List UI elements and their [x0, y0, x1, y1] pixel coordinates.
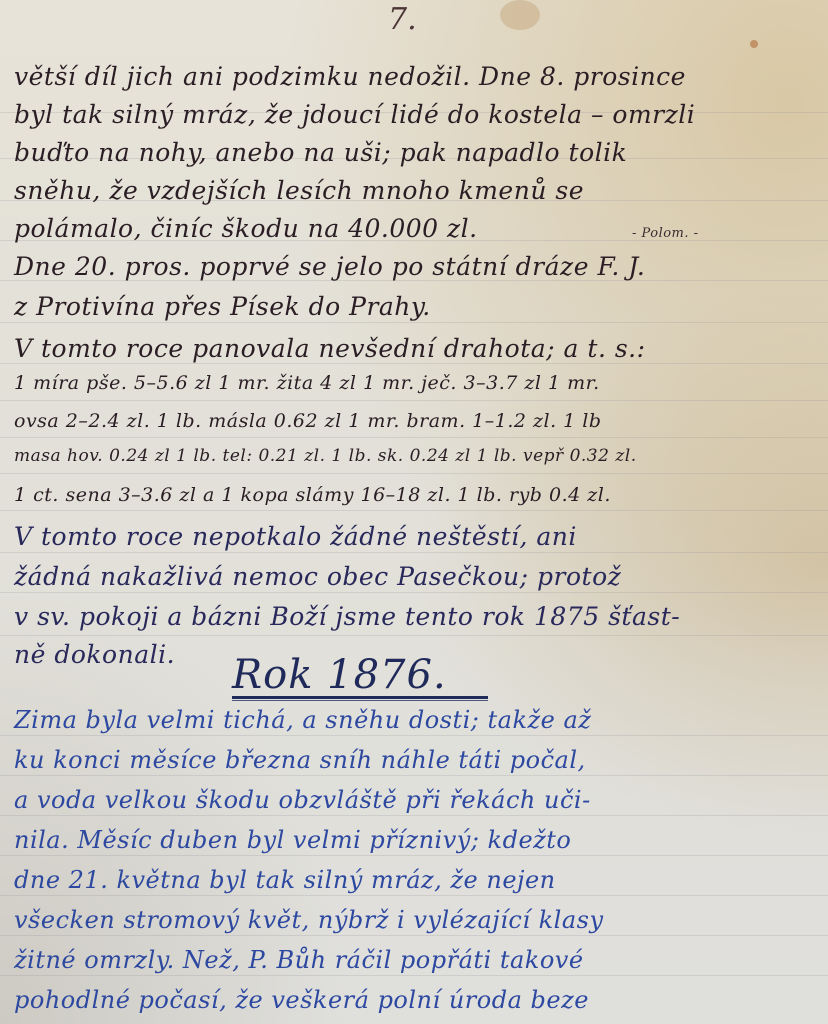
ruled-line — [0, 322, 828, 323]
text-line: pohodlné počasí, že veškerá polní úroda … — [14, 986, 589, 1014]
text-line: V tomto roce nepotkalo žádné neštěstí, a… — [14, 522, 577, 551]
text-line: ovsa 2–2.4 zl. 1 lb. másla 0.62 zl 1 mr.… — [14, 410, 602, 432]
text-line: 1 ct. sena 3–3.6 zl a 1 kopa slámy 16–18… — [14, 484, 611, 506]
ruled-line — [0, 975, 828, 976]
ruled-line — [0, 552, 828, 553]
text-line: polámalo, činíc škodu na 40.000 zl. — [14, 214, 478, 243]
ruled-line — [0, 775, 828, 776]
text-line: z Protivína přes Písek do Prahy. — [14, 292, 431, 321]
manuscript-page: 7. větší díl jich ani podzimku nedožil. … — [0, 0, 828, 1024]
ruled-line — [0, 473, 828, 474]
ruled-line — [0, 815, 828, 816]
ruled-line — [0, 363, 828, 364]
margin-note: - Polom. - — [632, 226, 699, 241]
text-line: žádná nakažlivá nemoc obec Pasečkou; pro… — [14, 562, 621, 591]
ruled-line — [0, 855, 828, 856]
year-heading: Rok 1876. — [232, 652, 447, 698]
text-line: ku konci měsíce března sníh náhle táti p… — [14, 746, 586, 774]
text-line: ně dokonali. — [14, 640, 175, 669]
text-line: v sv. pokoji a bázni Boží jsme tento rok… — [14, 602, 680, 631]
ruled-line — [0, 895, 828, 896]
ruled-line — [0, 437, 828, 438]
text-line: sněhu, že vzdejších lesích mnoho kmenů s… — [14, 176, 584, 205]
text-line: Dne 20. pros. poprvé se jelo po státní d… — [14, 252, 645, 281]
text-line: všecken stromový květ, nýbrž i vylézajíc… — [14, 906, 604, 934]
text-line: Zima byla velmi tichá, a sněhu dosti; ta… — [14, 706, 591, 734]
text-line: žitné omrzly. Než, P. Bůh ráčil popřáti … — [14, 946, 584, 974]
text-line: 1 míra pše. 5–5.6 zl 1 mr. žita 4 zl 1 m… — [14, 372, 600, 394]
heading-underline — [232, 700, 488, 701]
paper-stain — [750, 40, 758, 48]
page-number: 7. — [388, 2, 417, 37]
text-line: byl tak silný mráz, že jdoucí lidé do ko… — [14, 100, 695, 129]
text-line: větší díl jich ani podzimku nedožil. Dne… — [14, 62, 686, 91]
ruled-line — [0, 592, 828, 593]
text-line: V tomto roce panovala nevšední drahota; … — [14, 334, 646, 363]
heading-underline — [232, 696, 488, 699]
text-line: buďto na nohy, anebo na uši; pak napadlo… — [14, 138, 627, 167]
ruled-line — [0, 935, 828, 936]
ruled-line — [0, 510, 828, 511]
ruled-line — [0, 635, 828, 636]
text-line: dne 21. května byl tak silný mráz, že ne… — [14, 866, 556, 894]
text-line: nila. Měsíc duben byl velmi příznivý; kd… — [14, 826, 571, 854]
paper-stain — [500, 0, 540, 30]
text-line: masa hov. 0.24 zl 1 lb. tel: 0.21 zl. 1 … — [14, 446, 637, 466]
text-line: a voda velkou škodu obzvláště při řekách… — [14, 786, 591, 814]
ruled-line — [0, 735, 828, 736]
ruled-line — [0, 400, 828, 401]
